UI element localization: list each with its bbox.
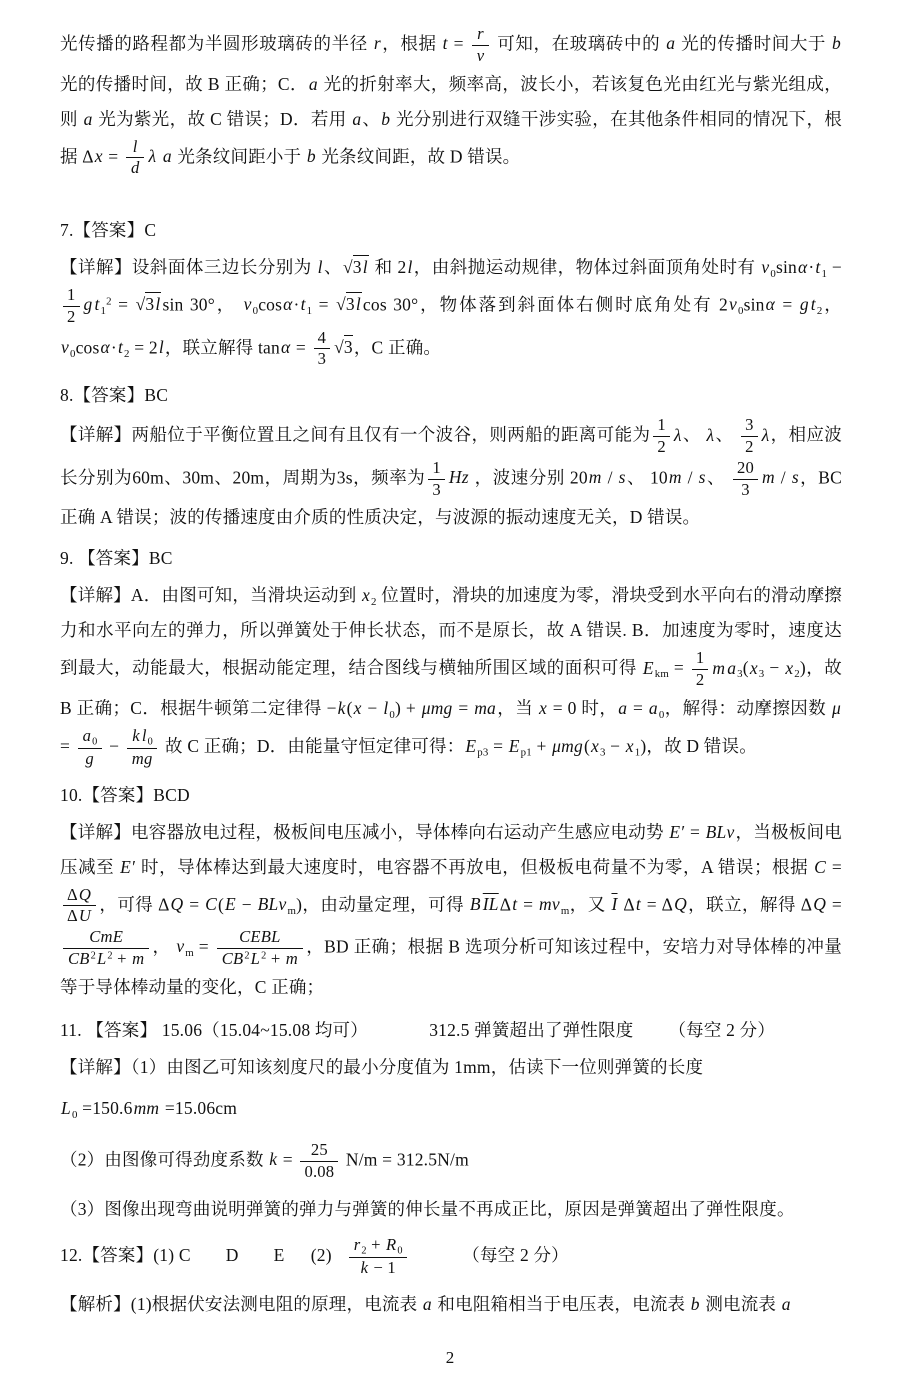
- math-var: μ: [831, 698, 842, 718]
- text-run: 10.【答案】BCD: [60, 785, 190, 805]
- text-run: =: [454, 698, 474, 718]
- text-run: cos: [76, 337, 100, 357]
- superscript: 2: [244, 950, 249, 961]
- math-var: α: [282, 294, 293, 314]
- text-run: D: [226, 1245, 239, 1265]
- math-var: t: [810, 294, 817, 314]
- text-run: Δ: [67, 885, 78, 904]
- text-run: 可知，在玻璃砖中的: [492, 33, 665, 53]
- square-root: √3l: [343, 250, 369, 285]
- math-var: k: [268, 1149, 278, 1169]
- math-var: C: [204, 894, 218, 914]
- fraction: ld: [126, 137, 145, 180]
- math-var: r: [476, 24, 485, 43]
- math-var: x: [353, 698, 363, 718]
- fraction: CmECB2L2 + m: [63, 927, 149, 970]
- math-var: a: [422, 1294, 433, 1314]
- text-run: 、: [715, 425, 738, 445]
- math-var: λ: [761, 425, 771, 445]
- math-var: g: [799, 294, 810, 314]
- math-var: a: [665, 33, 676, 53]
- text-run: （2）由图像可得劲度系数: [60, 1149, 268, 1169]
- answer-line-12: 12.【答案】(1) CDE(2)r2 + R0k − 1（每空 2 分）: [60, 1235, 842, 1279]
- text-run: 2: [745, 437, 754, 456]
- subscript: 0: [148, 737, 153, 748]
- subscript: 0: [397, 1246, 402, 1257]
- text-run: −: [105, 736, 124, 756]
- text-run: Δ: [500, 894, 511, 914]
- math-var: g: [84, 749, 95, 768]
- text-run: 3: [741, 480, 750, 499]
- text-run: ，联立，解得 Δ: [688, 894, 812, 914]
- detail-10: 【详解】电容器放电过程，极板间电压减小，导体棒向右运动产生感应电动势 E′ = …: [60, 815, 842, 1005]
- text-run: 光传播的路程都为半圆形玻璃砖的半径: [60, 33, 373, 53]
- fraction: rv: [472, 24, 490, 67]
- text-run: （每空 2 分）: [668, 1020, 775, 1040]
- math-var: λ: [673, 425, 683, 445]
- math-var: l: [158, 337, 165, 357]
- text-run: ，由动量定理，可得: [302, 894, 469, 914]
- fraction-numerator: 25: [300, 1140, 338, 1162]
- math-var: a: [726, 658, 737, 678]
- text-run: =: [291, 337, 310, 357]
- fraction-denominator: 2: [63, 307, 80, 328]
- math-var: a: [617, 698, 628, 718]
- text-run: −: [363, 698, 383, 718]
- math-var: E: [508, 736, 521, 756]
- text-run: 光的传播时间，故 B 正确；C．: [60, 74, 308, 94]
- math-var: t: [93, 294, 100, 314]
- math-var: t: [117, 337, 124, 357]
- math-var: Q: [170, 894, 185, 914]
- text-run: 3: [346, 294, 355, 314]
- text-run: −: [764, 658, 784, 678]
- text-run: =: [518, 894, 538, 914]
- math-var: a: [83, 109, 94, 129]
- math-var: α: [280, 337, 291, 357]
- radicand: 3l: [346, 292, 362, 314]
- text-run: =: [112, 294, 135, 314]
- text-run: −: [827, 257, 842, 277]
- math-var: a: [82, 726, 93, 745]
- text-run: 【详解】（1）由图乙可知该刻度尺的最小分度值为 1mm，估读下一位则弹簧的长度: [60, 1057, 703, 1077]
- fraction-denominator: 3: [733, 480, 758, 501]
- radical-sign: √: [136, 294, 146, 314]
- answer-line-8: 8.【答案】BC: [60, 378, 842, 413]
- fraction-denominator: k − 1: [349, 1258, 407, 1279]
- math-var: v: [760, 257, 770, 277]
- math-var: t: [442, 33, 449, 53]
- fraction: r2 + R0k − 1: [349, 1235, 407, 1279]
- text-run: 20: [737, 458, 754, 477]
- fraction-numerator: 1: [653, 415, 670, 437]
- math-var: a: [781, 1294, 792, 1314]
- text-run: cos: [258, 294, 282, 314]
- math-var: BLv: [257, 894, 288, 914]
- text-run: 1: [432, 458, 441, 477]
- text-run: =15.06cm: [160, 1098, 237, 1118]
- math-var: L: [60, 1098, 72, 1118]
- fraction-denominator: 2: [653, 437, 670, 458]
- text-run: 光为紫光，故 C 错误；D．若用: [94, 109, 352, 129]
- math-var: mv: [538, 894, 561, 914]
- math-var: μmg: [551, 736, 584, 756]
- math-var: B: [469, 894, 482, 914]
- text-run: =: [449, 33, 469, 53]
- text-run: 和电阻箱相当于电压表，电流表: [433, 1294, 690, 1314]
- square-root: √3l: [336, 287, 362, 322]
- text-run: (: [347, 698, 353, 718]
- text-run: ，根据: [382, 33, 442, 53]
- math-var: Q: [673, 894, 688, 914]
- fraction-denominator: 2: [741, 437, 758, 458]
- math-var: mm: [133, 1098, 161, 1118]
- fraction-numerator: 1: [428, 458, 445, 480]
- math-var: l: [132, 137, 139, 156]
- text-run: +: [367, 1235, 385, 1254]
- math-var: L: [96, 949, 107, 968]
- answer-line-11: 11. 【答案】 15.06（15.04~15.08 均可）312.5 弹簧超出…: [60, 1013, 842, 1048]
- fraction-numerator: l: [126, 137, 145, 159]
- fraction-numerator: 20: [733, 458, 758, 480]
- math-var: CB: [221, 949, 245, 968]
- text-run: 8.【答案】BC: [60, 385, 168, 405]
- text-run: −: [237, 894, 257, 914]
- fraction-denominator: ΔU: [63, 906, 96, 927]
- fraction-numerator: r2 + R0: [349, 1235, 407, 1258]
- fraction-numerator: 4: [314, 328, 331, 350]
- math-var: CEBL: [238, 927, 281, 946]
- para-continuation-q6: 光传播的路程都为半圆形玻璃砖的半径 r，根据 t = rv 可知，在玻璃砖中的 …: [60, 24, 842, 179]
- fraction: ΔQΔU: [63, 885, 96, 928]
- text-run: 3: [432, 480, 441, 499]
- math-var: a: [648, 698, 659, 718]
- text-run: 312.5 弹簧超出了弹性限度: [429, 1020, 633, 1040]
- math-var: C: [813, 857, 827, 877]
- text-run: =: [489, 736, 508, 756]
- math-var: g: [83, 294, 94, 314]
- radicand: 3l: [353, 255, 369, 277]
- text-run: +: [266, 949, 284, 968]
- fraction-numerator: kl0: [127, 726, 158, 749]
- math-var: b: [380, 109, 391, 129]
- math-var: m: [668, 467, 683, 487]
- detail-9: 【详解】A．由图可知，当滑块运动到 x2 位置时，滑块的加速度为零，滑块受到水平…: [60, 578, 842, 769]
- text-run: =: [278, 1149, 297, 1169]
- text-run: 4: [318, 328, 327, 347]
- text-run: ，: [822, 294, 842, 314]
- math-var: x: [361, 585, 371, 605]
- radical-sign: √: [334, 337, 344, 357]
- math-var: E: [464, 736, 477, 756]
- text-run: 、: [362, 109, 380, 129]
- text-run: 【详解】A．由图可知，当滑块运动到: [60, 585, 361, 605]
- math-var: α: [765, 294, 776, 314]
- text-run: ，又: [569, 894, 610, 914]
- math-var: E: [642, 658, 655, 678]
- fraction: 250.08: [300, 1140, 338, 1183]
- math-var: l: [406, 257, 413, 277]
- math-var: R: [385, 1235, 397, 1254]
- math-var: v: [60, 337, 70, 357]
- fraction: 12: [653, 415, 670, 458]
- fraction: 43: [314, 328, 331, 371]
- fraction-numerator: CEBL: [217, 927, 303, 949]
- text-run: +: [113, 949, 131, 968]
- text-run: ·: [294, 294, 300, 314]
- math-var: mg: [131, 749, 154, 768]
- text-run: 12.【答案】(1) C: [60, 1245, 191, 1265]
- text-run: 1: [657, 415, 666, 434]
- subscript: p3: [477, 747, 488, 759]
- text-run: 2: [657, 437, 666, 456]
- subscript: m: [185, 947, 194, 959]
- text-run: 25: [311, 1140, 328, 1159]
- text-run: =: [184, 894, 204, 914]
- text-run: 【详解】电容器放电过程，极板间电压减小，导体棒向右运动产生感应电动势: [60, 822, 668, 842]
- text-run: 2: [67, 307, 76, 326]
- text-run: 故 C 正确；D．由能量守恒定律可得：: [160, 736, 464, 756]
- fraction-numerator: 1: [63, 285, 80, 307]
- text-run: sin 30°，: [162, 294, 242, 314]
- fraction-denominator: d: [126, 158, 145, 179]
- fraction: 13: [428, 458, 445, 501]
- math-var: m: [711, 658, 726, 678]
- detail-11-formula-L0: L0 =150.6mm =15.06cm: [60, 1091, 842, 1126]
- math-var: E: [224, 894, 237, 914]
- fraction: a0g: [78, 726, 102, 770]
- text-run: 3: [745, 415, 754, 434]
- radical-sign: √: [336, 294, 346, 314]
- detail-11-part1: 【详解】（1）由图乙可知该刻度尺的最小分度值为 1mm，估读下一位则弹簧的长度: [60, 1050, 842, 1085]
- math-var: k: [337, 698, 347, 718]
- detail-11-part3: （3）图像出现弯曲说明弹簧的弹力与弹簧的伸长量不再成正比，原因是弹簧超出了弹性限…: [60, 1192, 842, 1227]
- math-var: x: [538, 698, 548, 718]
- math-var: a: [162, 146, 173, 166]
- fraction-denominator: CB2L2 + m: [63, 949, 149, 970]
- math-var: λ: [147, 146, 157, 166]
- fraction-denominator: 2: [692, 670, 709, 691]
- document-page: 光传播的路程都为半圆形玻璃砖的半径 r，根据 t = rv 可知，在玻璃砖中的 …: [0, 0, 900, 1394]
- math-var: v: [476, 46, 486, 65]
- text-run: =: [685, 822, 704, 842]
- text-run: ) +: [395, 698, 421, 718]
- text-run: 2: [696, 670, 705, 689]
- math-var: s: [791, 467, 800, 487]
- fraction-denominator: v: [472, 46, 490, 67]
- math-var: v: [175, 936, 185, 956]
- subscript: m: [287, 905, 296, 917]
- text-run: 测电流表: [701, 1294, 781, 1314]
- text-run: sin: [744, 294, 765, 314]
- subscript: p1: [521, 747, 532, 759]
- text-run: /: [683, 467, 698, 487]
- answer-line-9: 9. 【答案】BC: [60, 541, 842, 576]
- text-run: 0.08: [304, 1162, 334, 1181]
- text-run: 【解析】(1)根据伏安法测电阻的原理，电流表: [60, 1294, 422, 1314]
- math-var: λ: [706, 425, 716, 445]
- math-var: x: [590, 736, 600, 756]
- text-run: =: [60, 736, 75, 756]
- page-number: 2: [0, 1348, 900, 1368]
- math-var: μmg: [421, 698, 454, 718]
- text-run: =: [104, 146, 123, 166]
- math-var: l: [362, 257, 369, 277]
- fraction-numerator: r: [472, 24, 490, 46]
- math-var: r: [373, 33, 382, 53]
- fraction-numerator: CmE: [63, 927, 149, 949]
- fraction-denominator: mg: [127, 749, 158, 770]
- fraction-numerator: 1: [692, 648, 709, 670]
- math-var: a: [308, 74, 319, 94]
- text-run: 1: [696, 648, 705, 667]
- text-run: +: [532, 736, 551, 756]
- fraction: kl0mg: [127, 726, 158, 770]
- text-run: =: [827, 894, 842, 914]
- math-var: IL: [482, 894, 500, 914]
- text-run: =: [312, 294, 335, 314]
- text-run: =: [628, 698, 648, 718]
- math-var: x: [784, 658, 794, 678]
- math-var: s: [698, 467, 707, 487]
- text-run: Δ: [619, 894, 635, 914]
- text-run: 7.【答案】C: [60, 220, 156, 240]
- text-run: ，解得：动摩擦因数: [665, 698, 832, 718]
- math-var: Hz: [448, 467, 470, 487]
- text-run: 光的传播时间大于: [676, 33, 831, 53]
- math-var: x: [625, 736, 635, 756]
- math-var: b: [306, 146, 317, 166]
- text-run: /: [776, 467, 791, 487]
- text-run: E: [274, 1245, 285, 1265]
- square-root: √3: [334, 330, 353, 365]
- fraction-denominator: 0.08: [300, 1162, 338, 1183]
- math-var: l: [154, 294, 161, 314]
- text-run: N/m = 312.5N/m: [341, 1149, 469, 1169]
- math-var: L: [250, 949, 261, 968]
- math-var: l: [141, 726, 148, 745]
- math-var: m: [285, 949, 299, 968]
- text-run: （每空 2 分）: [462, 1245, 569, 1265]
- fraction: CEBLCB2L2 + m: [217, 927, 303, 970]
- text-run: = Δ: [642, 894, 673, 914]
- math-var: l: [317, 257, 324, 277]
- text-run: −: [606, 736, 625, 756]
- text-run: 【详解】设斜面体三边长分别为: [60, 257, 317, 277]
- fraction-numerator: 3: [741, 415, 758, 437]
- text-run: 光条纹间距小于: [173, 146, 306, 166]
- fraction-denominator: 3: [314, 349, 331, 370]
- math-var: v: [728, 294, 738, 314]
- math-var: I: [610, 894, 618, 914]
- math-var: α: [100, 337, 111, 357]
- math-var: x: [94, 146, 104, 166]
- text-run: 9. 【答案】BC: [60, 548, 173, 568]
- math-var: k: [360, 1258, 370, 1277]
- fraction-denominator: 3: [428, 480, 445, 501]
- text-run: =: [669, 658, 689, 678]
- math-var: k: [131, 726, 141, 745]
- math-var: s: [618, 467, 627, 487]
- text-run: =: [194, 936, 214, 956]
- math-var: m: [588, 467, 603, 487]
- text-run: ，故 D 错误。: [646, 736, 757, 756]
- text-run: 光条纹间距，故 D 错误。: [317, 146, 521, 166]
- fraction-numerator: ΔQ: [63, 885, 96, 907]
- fraction-denominator: g: [78, 749, 102, 770]
- text-run: (: [743, 658, 749, 678]
- text-run: ，联立解得 tan: [165, 337, 280, 357]
- math-var: x: [749, 658, 759, 678]
- text-run: 、: [683, 425, 706, 445]
- text-run: ，波速分别 20: [470, 467, 588, 487]
- math-var: b: [831, 33, 842, 53]
- math-var: m: [761, 467, 776, 487]
- math-var: U: [78, 906, 92, 925]
- detail-7: 【详解】设斜面体三边长分别为 l、√3l 和 2l，由斜抛运动规律，物体过斜面顶…: [60, 250, 842, 370]
- math-var: CB: [67, 949, 91, 968]
- fraction-numerator: a0: [78, 726, 102, 749]
- text-run: ，当: [497, 698, 538, 718]
- math-var: v: [243, 294, 253, 314]
- text-run: 3: [353, 257, 362, 277]
- text-run: 【详解】两船位于平衡位置且之间有且仅有一个波谷，则两船的距离可能为: [60, 425, 650, 445]
- text-run: 3: [344, 337, 353, 357]
- text-run: （3）图像出现弯曲说明弹簧的弹力与弹簧的伸长量不再成正比，原因是弹簧超出了弹性限…: [60, 1199, 795, 1219]
- text-run: = 0 时，: [548, 698, 617, 718]
- detail-12: 【解析】(1)根据伏安法测电阻的原理，电流表 a 和电阻箱相当于电压表，电流表 …: [60, 1287, 842, 1322]
- text-run: ，可得 Δ: [99, 894, 169, 914]
- text-run: =: [827, 857, 842, 877]
- math-var: ma: [473, 698, 497, 718]
- fraction: 203: [733, 458, 758, 501]
- text-run: 1: [67, 285, 76, 304]
- text-run: 时，导体棒达到最大速度时，电容器不再放电，但极板电荷量不为零，A 错误；根据: [136, 857, 813, 877]
- math-var: a: [351, 109, 362, 129]
- math-var: Q: [812, 894, 827, 914]
- text-run: 和 2: [370, 257, 407, 277]
- math-var: E′: [668, 822, 685, 842]
- text-run: − 1: [369, 1258, 396, 1277]
- math-var: m: [131, 949, 145, 968]
- text-run: Δ: [67, 906, 78, 925]
- math-var: t: [300, 294, 307, 314]
- text-run: (2): [311, 1245, 332, 1265]
- math-var: t: [635, 894, 642, 914]
- math-var: d: [130, 158, 141, 177]
- math-var: CmE: [88, 927, 124, 946]
- answer-line-7: 7.【答案】C: [60, 213, 842, 248]
- text-run: ，由斜抛运动规律，物体过斜面顶角处时有: [414, 257, 761, 277]
- text-run: 、 10: [627, 467, 668, 487]
- text-run: ，: [152, 936, 175, 956]
- text-run: =: [776, 294, 799, 314]
- text-run: 、: [707, 467, 730, 487]
- math-var: l: [355, 294, 362, 314]
- text-run: cos 30°，物体落到斜面体右侧时底角处有 2: [363, 294, 728, 314]
- text-run: 3: [318, 349, 327, 368]
- detail-8: 【详解】两船位于平衡位置且之间有且仅有一个波谷，则两船的距离可能为12λ、 λ、…: [60, 415, 842, 535]
- text-run: 、: [324, 257, 342, 277]
- fraction: 12: [63, 285, 80, 328]
- radicand: 3: [344, 335, 353, 357]
- answer-line-10: 10.【答案】BCD: [60, 778, 842, 813]
- math-var: BLv: [705, 822, 736, 842]
- radicand: 3l: [145, 292, 161, 314]
- fraction: 12: [692, 648, 709, 691]
- fraction-denominator: CB2L2 + m: [217, 949, 303, 970]
- math-var: b: [690, 1294, 701, 1314]
